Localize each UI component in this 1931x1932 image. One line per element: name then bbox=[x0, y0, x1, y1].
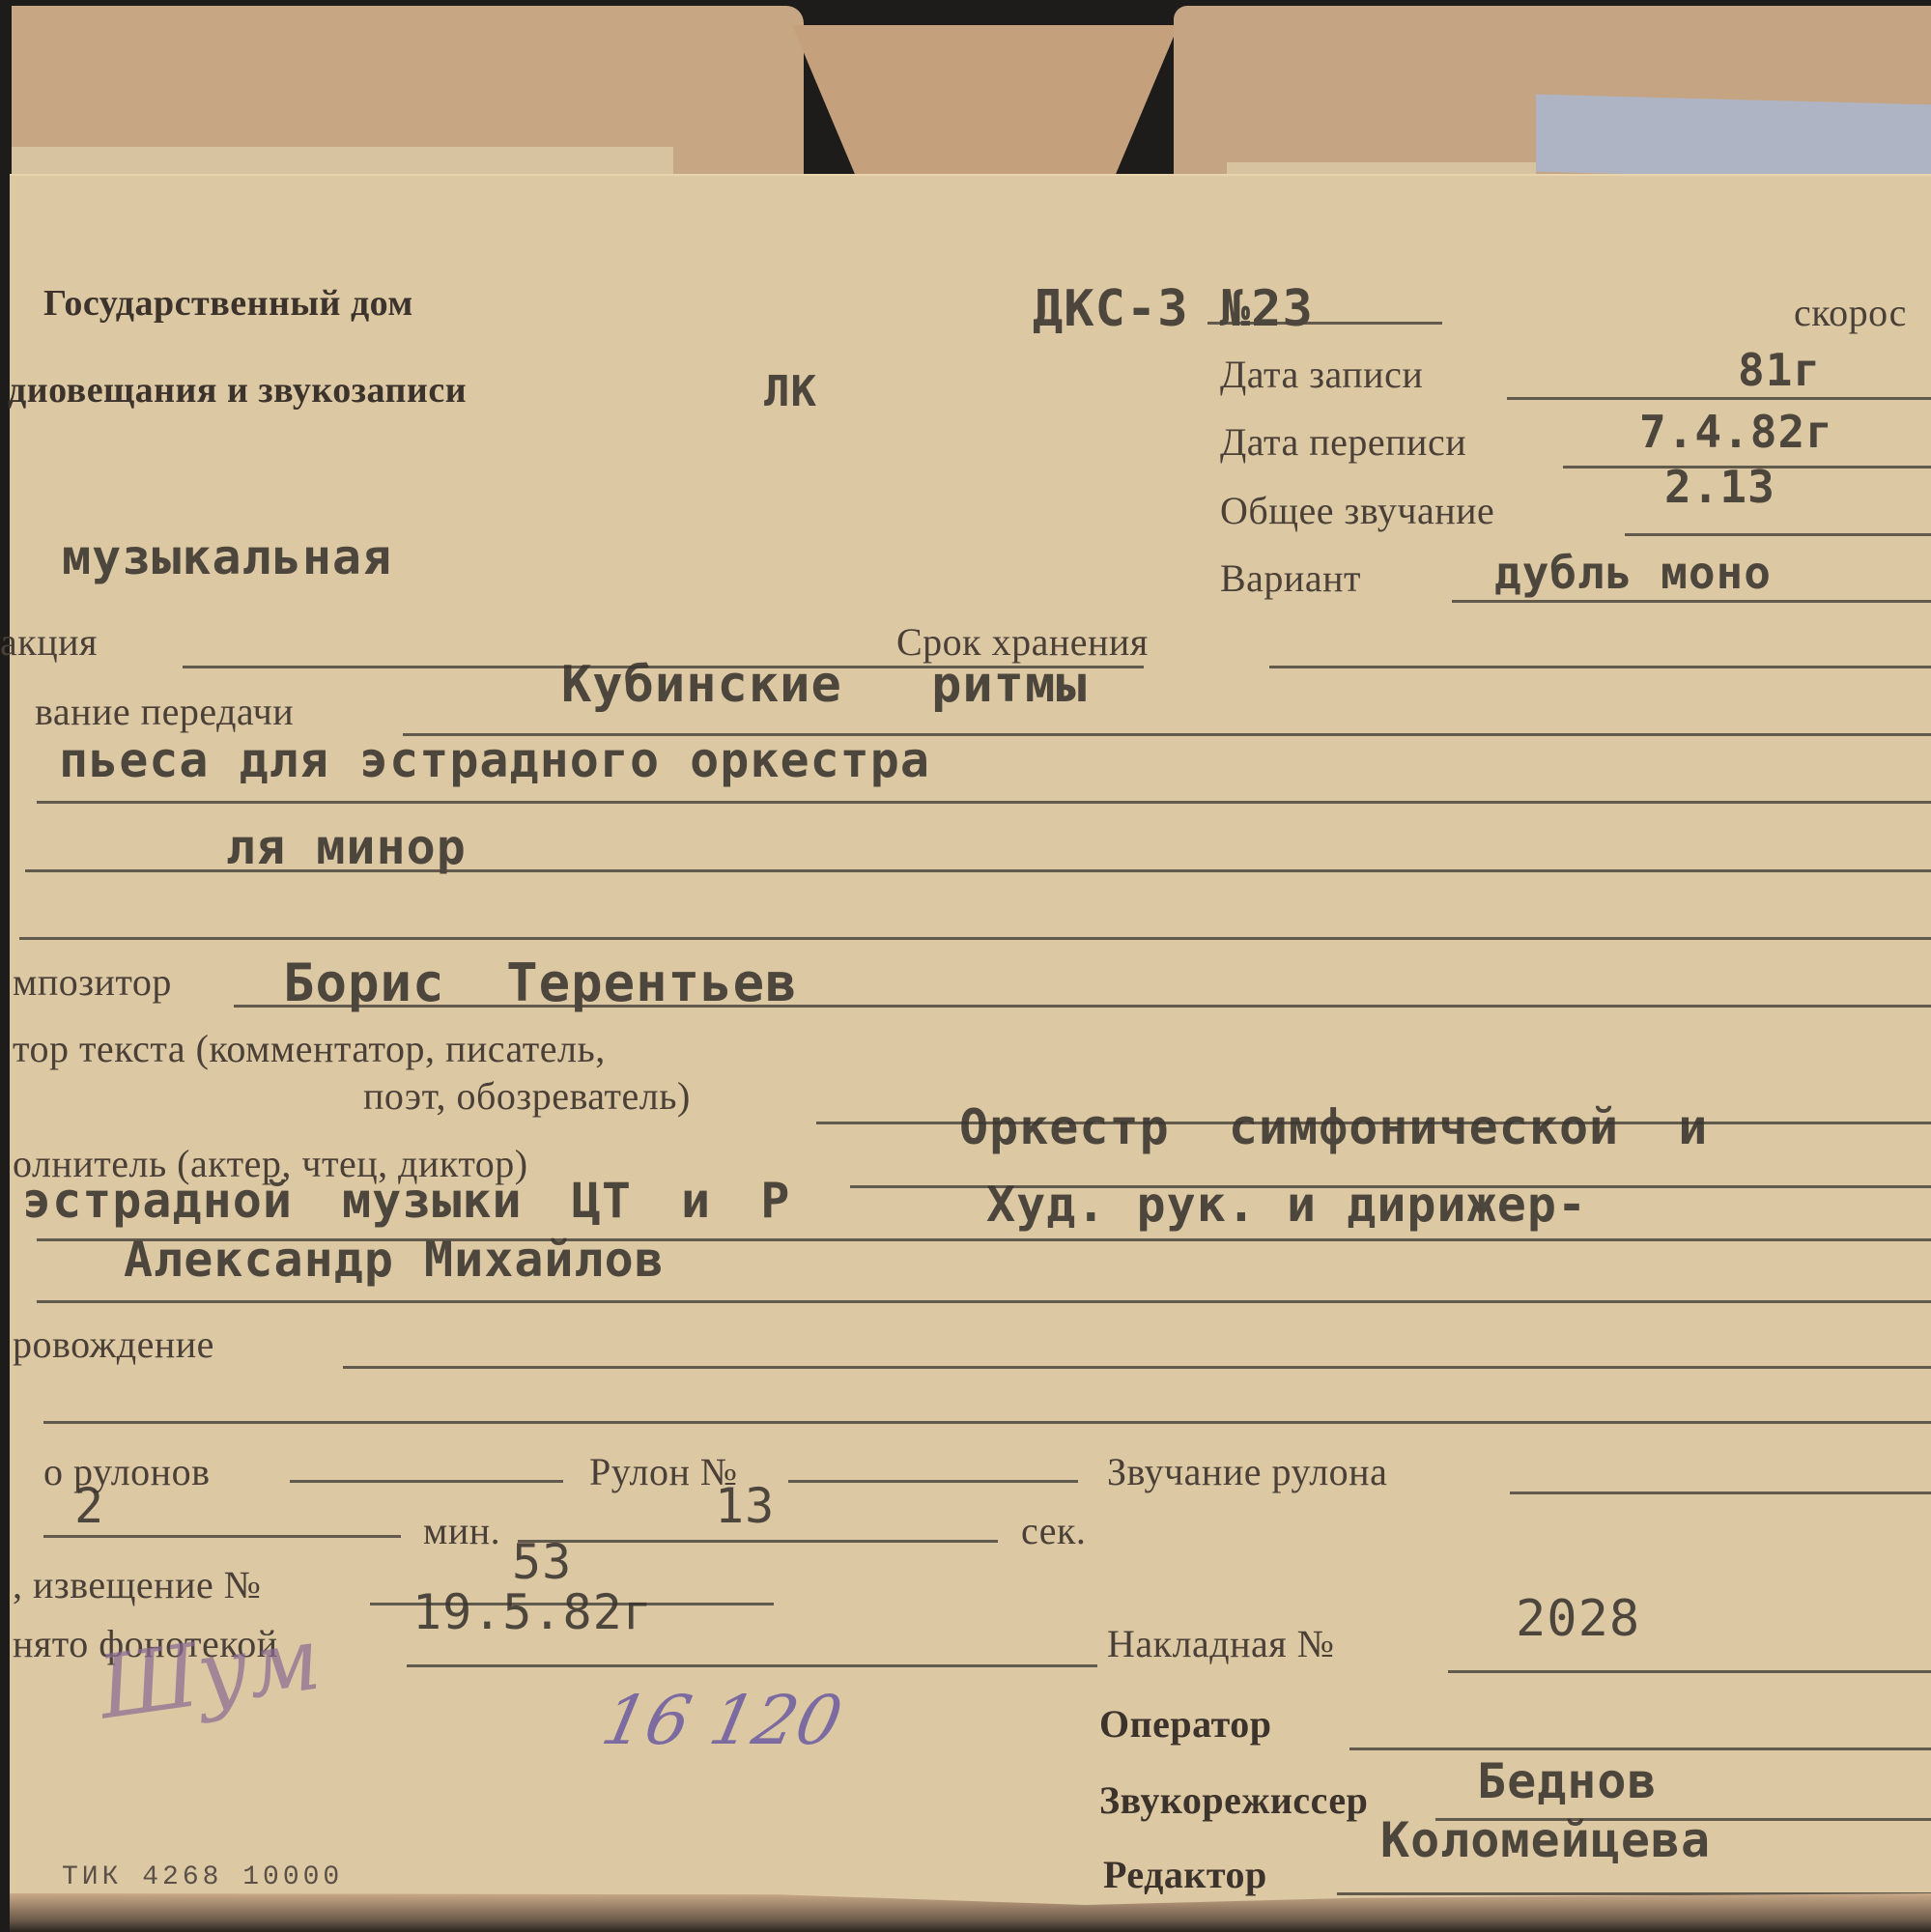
accompaniment-line-2 bbox=[43, 1421, 1931, 1424]
total-duration-value: 2.13 bbox=[1664, 461, 1775, 513]
invoice-line bbox=[1448, 1670, 1931, 1673]
author-label-2: поэт, обозреватель) bbox=[363, 1073, 691, 1119]
composer-label: мпозитор bbox=[13, 959, 172, 1005]
reel-count-value: 2 bbox=[74, 1478, 104, 1534]
total-duration-line bbox=[1625, 533, 1931, 536]
variant-label: Вариант bbox=[1220, 555, 1361, 601]
reel-duration-line bbox=[1510, 1492, 1931, 1494]
storage-line bbox=[1269, 666, 1931, 668]
description-line-1-rule bbox=[37, 801, 1931, 804]
blue-sticker bbox=[1536, 95, 1931, 183]
seconds-line bbox=[518, 1540, 998, 1543]
reel-duration-label: Звучание рулона bbox=[1107, 1449, 1387, 1494]
blank-rule bbox=[19, 937, 1931, 940]
performer-value-2a: эстрадной музыки ЦТ и Р bbox=[22, 1173, 790, 1229]
performer-value-1: Оркестр симфонической и bbox=[959, 1099, 1708, 1155]
seconds-label: сек. bbox=[1021, 1508, 1086, 1553]
invoice-label: Накладная № bbox=[1107, 1621, 1334, 1666]
reel-number-value: 13 bbox=[715, 1478, 775, 1534]
minutes-label: мин. bbox=[423, 1508, 500, 1553]
variant-value: дубль моно bbox=[1494, 547, 1772, 599]
accompaniment-line bbox=[343, 1366, 1931, 1369]
accompaniment-label: ровождение bbox=[13, 1321, 214, 1367]
invoice-value: 2028 bbox=[1516, 1590, 1640, 1648]
sound-engineer-label: Звукорежиссер bbox=[1099, 1777, 1368, 1823]
notice-value: 19.5.82г bbox=[412, 1584, 653, 1640]
total-duration-label: Общее звучание bbox=[1220, 488, 1494, 533]
author-label-1: тор текста (комментатор, писатель, bbox=[13, 1026, 606, 1071]
performer-value-3: Александр Михайлов bbox=[124, 1232, 665, 1288]
handwritten-number: 16 120 bbox=[595, 1681, 848, 1760]
reel-number-line bbox=[788, 1480, 1078, 1483]
variant-line bbox=[1452, 600, 1931, 603]
sound-engineer-value-2: Коломейцева bbox=[1380, 1812, 1711, 1868]
print-code: ТИК 4268 10000 bbox=[62, 1862, 343, 1892]
reel-count-line bbox=[290, 1480, 563, 1483]
record-date-label: Дата записи bbox=[1220, 352, 1423, 397]
speed-label: скорос bbox=[1794, 290, 1907, 335]
notice-label: , извещение № bbox=[13, 1562, 261, 1607]
operator-label: Оператор bbox=[1099, 1701, 1272, 1747]
seconds-value: 53 bbox=[512, 1534, 572, 1590]
program-title-label: вание передачи bbox=[35, 689, 294, 734]
org-line-2: диовещания и звукозаписи bbox=[8, 369, 467, 412]
record-date-line bbox=[1507, 397, 1931, 400]
catalog-underline bbox=[1207, 322, 1442, 325]
program-title-value: Кубинские ритмы bbox=[561, 656, 1088, 714]
sound-engineer-value-1: Беднов bbox=[1477, 1753, 1658, 1809]
description-line-2: ля минор bbox=[226, 819, 467, 875]
editor-label: Редактор bbox=[1103, 1852, 1267, 1897]
operator-line bbox=[1349, 1747, 1931, 1750]
performer-value-2b: Худ. рук. и дирижер- bbox=[986, 1177, 1587, 1233]
performer-line-3 bbox=[37, 1300, 1931, 1303]
org-line-1: Государственный дом bbox=[43, 282, 413, 325]
reel-count-label: о рулонов bbox=[43, 1449, 210, 1494]
category: музыкальная bbox=[62, 529, 392, 585]
composer-line bbox=[234, 1005, 1931, 1008]
description-line-2-rule bbox=[25, 869, 1931, 872]
editorial-label: акция bbox=[0, 619, 98, 665]
record-date-value: 81г bbox=[1738, 344, 1821, 396]
copy-date-label: Дата переписи bbox=[1220, 419, 1466, 465]
accepted-line bbox=[407, 1664, 1097, 1667]
description-line-1: пьеса для эстрадного оркестра bbox=[59, 732, 930, 788]
dept-code: ЛК bbox=[764, 367, 817, 416]
copy-date-value: 7.4.82г bbox=[1639, 406, 1833, 458]
minutes-line bbox=[43, 1535, 401, 1538]
catalog-number: ДКС-3 №23 bbox=[1033, 280, 1314, 338]
